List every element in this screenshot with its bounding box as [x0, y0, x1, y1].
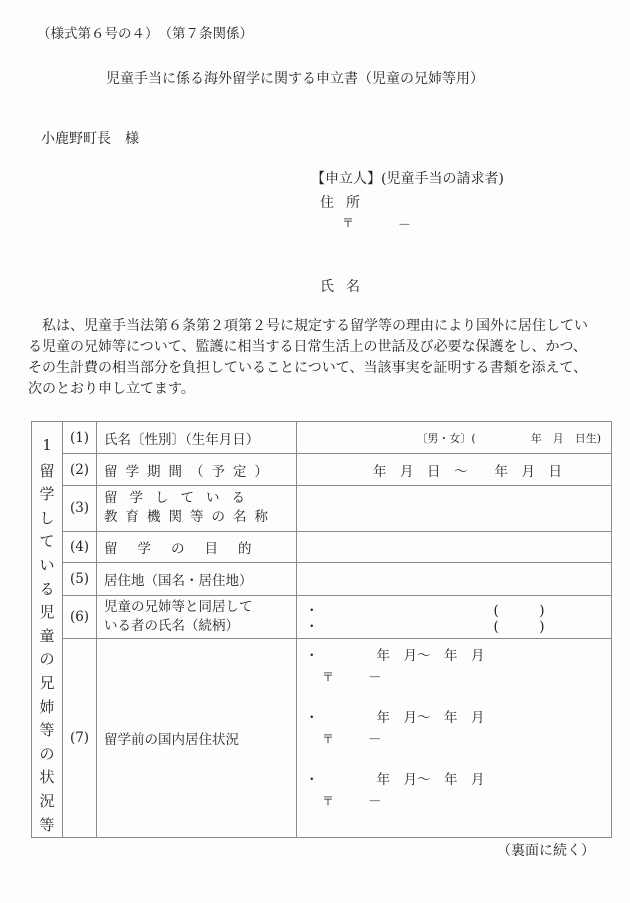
row-label-line1: 留学している [104, 489, 296, 508]
side-label-char: い [39, 554, 54, 578]
table-row-cohabitants: (6) 児童の兄姉等と同居して いる者の氏名（続柄） ・ ( ) ・ ( ) [32, 595, 612, 638]
bullet: ・ [305, 768, 319, 788]
row-number: (6) [63, 595, 97, 638]
cohabitant-entry[interactable]: ・ ( ) [297, 601, 611, 617]
side-label-char: 学 [39, 483, 54, 507]
side-label-char: て [39, 530, 54, 554]
residence-entry[interactable]: ・ 年 月～ 年 月 〒 － [297, 767, 611, 829]
postal-code-dash: － [368, 790, 382, 810]
statement-paragraph: 私は、児童手当法第６条第２項第２号に規定する留学等の理由により国外に居住している… [28, 316, 588, 400]
institution-name-field[interactable] [297, 486, 612, 532]
table-row-period: (2) 留学期間（予定） 年 月 日 ～ 年 月 日 [32, 454, 612, 486]
row-number: (2) [63, 454, 97, 486]
side-label-char: 状 [39, 766, 54, 790]
postal-mark-icon: 〒 [322, 792, 334, 809]
row-label-line2: いる者の氏名（続柄） [104, 617, 296, 636]
cohabitant-names-field[interactable]: ・ ( ) ・ ( ) [297, 595, 612, 638]
row-label-line2: 教育機関等の名称 [104, 508, 296, 527]
table-row-residence: (5) 居住地（国名・居住地） [32, 562, 612, 595]
row-number: (3) [63, 486, 97, 532]
side-label-char: 兄 [39, 672, 54, 696]
row-label: 留学している 教育機関等の名称 [97, 486, 297, 532]
row-number: (1) [63, 422, 97, 454]
table-row-name: 1 留学している児童の兄姉等の状況等 (1) 氏名〔性別〕（生年月日） 〔男・女… [32, 422, 612, 454]
postal-mark-icon: 〒 [322, 730, 334, 747]
residence-entry[interactable]: ・ 年 月～ 年 月 〒 － [297, 705, 611, 767]
document-title: 児童手当に係る海外留学に関する申立書（児童の兄姉等用） [106, 68, 484, 88]
side-label-char: 童 [39, 625, 54, 649]
continued-on-back-note: （裏面に続く） [497, 840, 595, 860]
residence-period: 年 月～ 年 月 [377, 768, 485, 788]
side-label-char: の [39, 648, 54, 672]
cohabitant-entry[interactable]: ・ ( ) [297, 617, 611, 633]
bullet: ・ [305, 706, 319, 726]
side-label-char: る [39, 578, 54, 602]
bullet: ・ [305, 615, 319, 635]
residence-field[interactable] [297, 562, 612, 595]
residence-entry[interactable]: ・ 年 月～ 年 月 〒 － [297, 643, 611, 705]
row-label: 留学前の国内居住状況 [97, 639, 297, 838]
study-purpose-field[interactable] [297, 531, 612, 562]
residence-period: 年 月～ 年 月 [377, 644, 485, 664]
row-number: (4) [63, 531, 97, 562]
row-label: 留学期間（予定） [97, 454, 297, 486]
applicant-heading: 【申立人】(児童手当の請求者) [311, 168, 504, 188]
study-period-field[interactable]: 年 月 日 ～ 年 月 日 [297, 454, 612, 486]
side-label-char: 等 [39, 814, 54, 838]
side-label-char: の [39, 743, 54, 767]
section-number: 1 [42, 434, 52, 458]
name-gender-birthdate-field[interactable]: 〔男・女〕( 年 月 日生) [297, 422, 612, 454]
postal-code-dash: － [368, 666, 382, 686]
row-number: (5) [63, 562, 97, 595]
postal-mark-icon: 〒 [322, 668, 334, 685]
bullet: ・ [305, 644, 319, 664]
row-label-line1: 児童の兄姉等と同居して [104, 598, 296, 617]
postal-code-dash: － [368, 728, 382, 748]
addressee: 小鹿野町長 様 [41, 128, 139, 148]
side-label-char: 留 [39, 460, 54, 484]
row-label: 居住地（国名・居住地） [97, 562, 297, 595]
row-label: 児童の兄姉等と同居して いる者の氏名（続柄） [97, 595, 297, 638]
row-label: 氏名〔性別〕（生年月日） [97, 422, 297, 454]
form-identifier: （様式第６号の４） （第７条関係） [37, 22, 253, 42]
residence-period: 年 月～ 年 月 [377, 706, 485, 726]
postal-mark-icon: 〒 [342, 214, 354, 231]
side-label-char: 等 [39, 719, 54, 743]
table-row-prior-residence: (7) 留学前の国内居住状況 ・ 年 月～ 年 月 〒 － ・ 年 月～ 年 月 [32, 639, 612, 838]
table-row-purpose: (4) 留学の目的 [32, 531, 612, 562]
postal-code-dash: － [398, 214, 411, 233]
student-sibling-status-table: 1 留学している児童の兄姉等の状況等 (1) 氏名〔性別〕（生年月日） 〔男・女… [31, 421, 612, 838]
table-row-institution: (3) 留学している 教育機関等の名称 [32, 486, 612, 532]
row-number: (7) [63, 639, 97, 838]
side-label-char: し [39, 507, 54, 531]
name-label: 氏名 [320, 276, 372, 296]
statement-text: 私は、児童手当法第６条第２項第２号に規定する留学等の理由により国外に居住している… [28, 316, 588, 400]
side-label-char: 姉 [39, 696, 54, 720]
section-side-label: 1 留学している児童の兄姉等の状況等 [32, 422, 63, 838]
relationship-paren: ( ) [494, 615, 545, 635]
side-label-char: 況 [39, 790, 54, 814]
prior-domestic-residence-field[interactable]: ・ 年 月～ 年 月 〒 － ・ 年 月～ 年 月 〒 － [297, 639, 612, 838]
address-label: 住所 [320, 192, 372, 212]
side-label-char: 児 [39, 601, 54, 625]
row-label: 留学の目的 [97, 531, 297, 562]
